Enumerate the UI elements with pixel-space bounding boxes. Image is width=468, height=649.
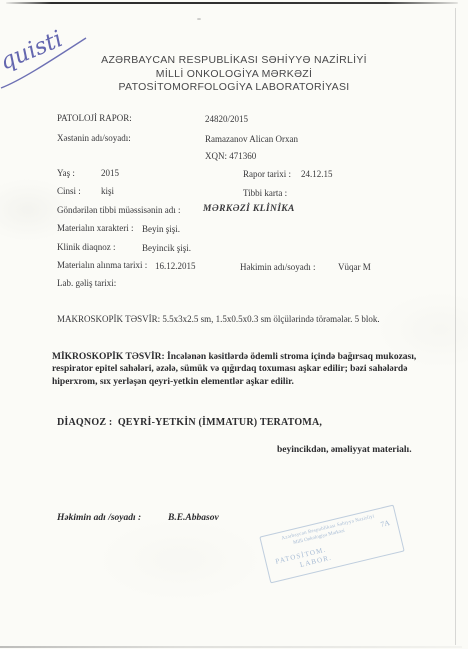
medical-card-label: Tibbi karta : (243, 188, 287, 198)
scan-edge-bottom (0, 646, 462, 648)
signing-doctor-label: Həkimin adı /soyadı : (57, 513, 141, 523)
scan-edge-top (6, 2, 458, 4)
scan-speck (197, 18, 201, 20)
diagnosis-note: beyincikdən, əməliyyat materialı. (277, 445, 412, 455)
report-number-label: PATOLOJİ RAPOR: (57, 113, 132, 123)
scan-edge-right (455, 8, 456, 645)
letterhead-line2: MİLLİ ONKOLOGİYA MƏRKƏZİ (10, 68, 458, 82)
scanned-pathology-report: quisti AZƏRBAYCAN RESPUBLİKASI SƏHİYYƏ N… (0, 0, 468, 649)
material-date-value: 16.12.2015 (155, 261, 196, 271)
lab-arrival-date-label: Lab. gəliş tarixi: (57, 278, 116, 288)
macroscopic-description: MAKROSKOPİK TƏSVİR: 5.5x3x2.5 sm, 1.5x0.… (57, 314, 380, 324)
age-label: Yaş : (57, 168, 75, 178)
diagnosis-line: DİAQNOZ : QEYRİ-YETKİN (İMMATUR) TERATOM… (57, 417, 322, 428)
referring-clinic-value: MƏRKƏZİ KLİNİKA (203, 204, 295, 214)
material-date-label: Materialın alınma tarixi : (57, 260, 147, 270)
sex-label: Cinsi : (57, 186, 81, 196)
stamp-line1: Azərbaycan Respublikası Səhiyyə Nazirliy… (267, 511, 389, 545)
patient-xqn-value: XQN: 471360 (205, 151, 256, 161)
referring-doctor-label: Həkimin adı/soyadı : (240, 262, 316, 272)
patient-name-label: Xəstənin adı/soyadı: (57, 133, 131, 143)
clinical-diagnosis-label: Klinik diaqnoz : (57, 242, 116, 252)
letterhead: AZƏRBAYCAN RESPUBLİKASI SƏHİYYƏ NAZİRLİY… (10, 54, 458, 95)
report-date-value: 24.12.15 (301, 169, 333, 179)
patient-name-value: Ramazanov Alican Orxan (205, 134, 298, 144)
lab-stamp: Azərbaycan Respublikası Səhiyyə Nazirliy… (259, 505, 404, 584)
stamp-corner: 7A (380, 518, 391, 529)
material-type-value: Beyin şişi. (142, 224, 180, 234)
referring-doctor-value: Vüqar M (338, 262, 371, 272)
report-date-label: Rapor tarixi : (243, 169, 291, 179)
microscopic-description: MİKROSKOPİK TƏSVİR: İncələnən kəsitlərdə… (52, 351, 446, 388)
letterhead-line1: AZƏRBAYCAN RESPUBLİKASI SƏHİYYƏ NAZİRLİY… (10, 54, 458, 68)
clinical-diagnosis-value: Beyincik şişi. (142, 243, 191, 253)
age-value: 2015 (101, 168, 119, 178)
report-number-value: 24820/2015 (205, 114, 248, 124)
sex-value: kişi (101, 186, 114, 196)
referring-clinic-label: Göndərilən tibbi müəssisənin adı : (57, 205, 180, 215)
material-type-label: Materialın xarakteri : (57, 223, 133, 233)
signing-doctor-value: B.E.Abbasov (168, 513, 219, 523)
letterhead-line3: PATOSİTOMORFOLOGİYA LABORATORİYASI (10, 81, 458, 95)
